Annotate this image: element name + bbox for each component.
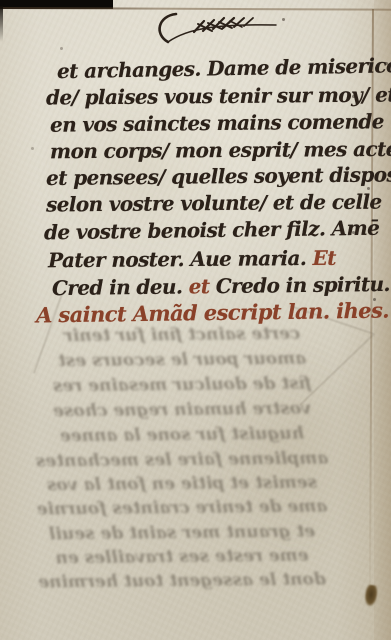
bleedthrough-line: huguist fur sone la annee: [26, 423, 338, 446]
ink-speck: [367, 187, 370, 190]
manuscript-page-photo: et archanges. Dame de misericor / de/ pl…: [0, 0, 391, 640]
bleedthrough-line: dont le assegent tout hermine: [26, 569, 338, 592]
ink-speck: [385, 62, 388, 65]
bleedthrough-line: fist de doulcur mesaine res: [26, 373, 338, 396]
bleedthrough-text-block: certe sainct fini fur tenir amour pour l…: [26, 0, 338, 640]
bleedthrough-line: amplienne faire les mechantes: [26, 448, 338, 471]
bleedthrough-line: et graunt mer saint de seuil: [26, 521, 338, 544]
ink-speck: [60, 47, 63, 50]
bleedthrough-line: vostre humain regne chose: [26, 398, 338, 421]
ink-speck: [352, 95, 355, 98]
bleedthrough-line: amour pour le secours est: [26, 348, 338, 371]
page-left-edge: [0, 6, 3, 42]
bleedthrough-line: ame de tenire craintes fournie: [26, 496, 338, 519]
bleedthrough-line: certe sainct fini fur tenir: [26, 323, 338, 346]
ink-speck: [31, 147, 34, 150]
ink-speck: [373, 298, 376, 301]
bleedthrough-line: semist et pitie en font la vos: [26, 472, 338, 495]
bleedthrough-line: eme reste ses travailles en: [26, 545, 338, 568]
ink-speck: [352, 231, 355, 234]
ink-speck: [282, 18, 285, 21]
